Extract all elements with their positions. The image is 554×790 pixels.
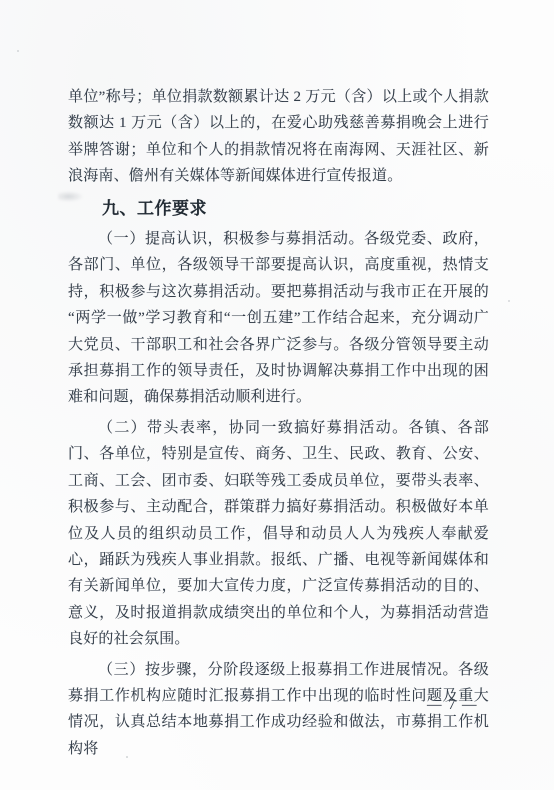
paragraph-continuation: 单位”称号；单位捐款数额累计达 2 万元（含）以上或个人捐款数额达 1 万元（含… xyxy=(68,84,489,190)
scan-speck xyxy=(17,50,19,52)
section-heading: 九、工作要求 xyxy=(68,196,489,222)
paragraph-item-2: （二）带头表率，协同一致搞好募捐活动。各镇、各部门、各单位，特别是宣传、商务、卫… xyxy=(68,415,489,653)
document-page: 单位”称号；单位捐款数额累计达 2 万元（含）以上或个人捐款数额达 1 万元（含… xyxy=(0,0,554,790)
scan-speck xyxy=(508,300,510,302)
document-body: 单位”称号；单位捐款数额累计达 2 万元（含）以上或个人捐款数额达 1 万元（含… xyxy=(68,84,489,762)
paragraph-item-3: （三）按步骤，分阶段逐级上报募捐工作进展情况。各级募捐工作机构应随时汇报募捐工作… xyxy=(68,657,489,763)
paragraph-item-1: （一）提高认识，积极参与募捐活动。各级党委、政府，各部门、单位，各级领导干部要提… xyxy=(68,226,489,411)
page-number: — 7 — xyxy=(427,697,478,714)
